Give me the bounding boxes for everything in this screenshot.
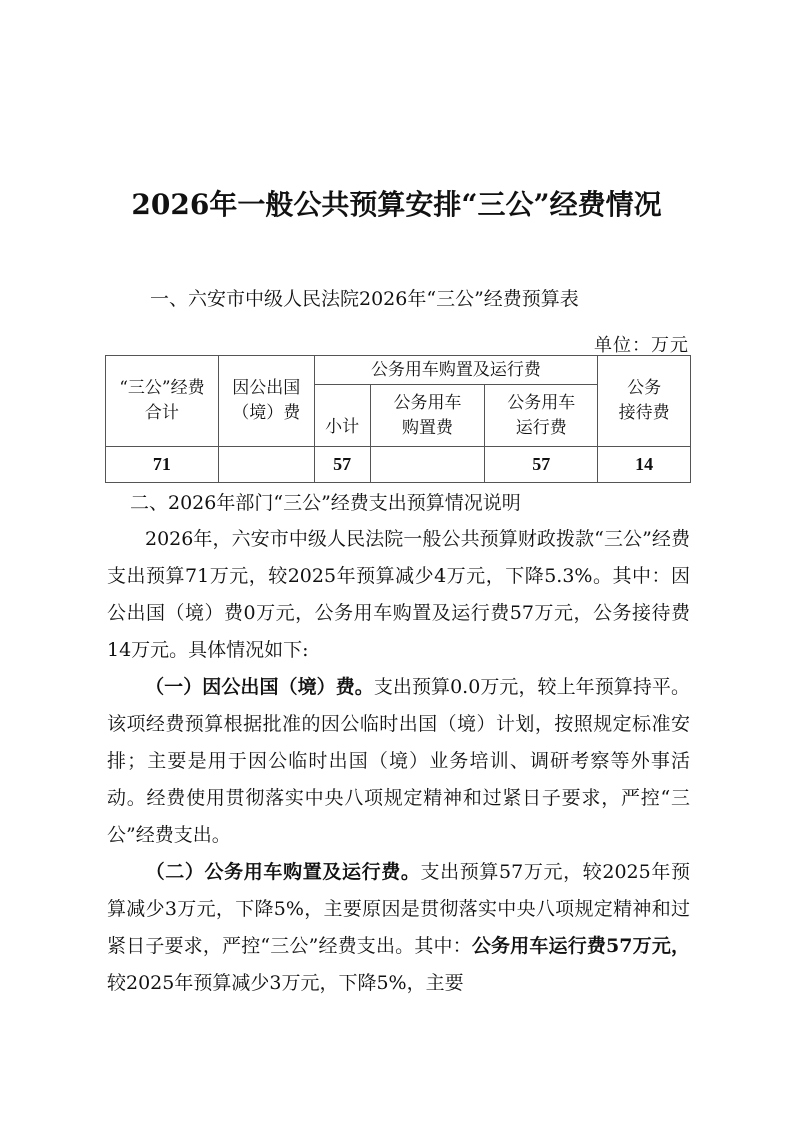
header-abroad-line1: 因公出国 [219, 376, 314, 401]
paragraph-vehicle-operation-bold: 公务用车运行费57万元， [472, 935, 690, 957]
header-purchase-line2: 购置费 [371, 416, 485, 441]
header-subtotal: 小计 [314, 385, 370, 447]
header-purchase: 公务用车 购置费 [370, 385, 485, 447]
header-abroad: 因公出国 （境）费 [218, 356, 314, 447]
section-heading-budget-table: 一、六安市中级人民法院2026年“三公”经费预算表 [150, 284, 579, 311]
cell-purchase [370, 447, 485, 483]
header-reception-line1: 公务 [598, 376, 690, 401]
unit-label: 单位：万元 [594, 331, 689, 357]
section-heading-explanation: 二、2026年部门“三公”经费支出预算情况说明 [130, 488, 521, 515]
cell-operation: 57 [485, 447, 598, 483]
header-total-line2: 合计 [106, 401, 218, 426]
cell-abroad [218, 447, 314, 483]
paragraph-vehicle-heading: （二）公务用车购置及运行费。 [145, 861, 421, 883]
paragraph-summary: 2026年，六安市中级人民法院一般公共预算财政拨款“三公”经费支出预算71万元，… [107, 521, 690, 669]
cell-subtotal: 57 [314, 447, 370, 483]
header-operation-line2: 运行费 [485, 416, 597, 441]
header-vehicle-group: 公务用车购置及运行费 [314, 356, 597, 385]
budget-table: “三公”经费 合计 因公出国 （境）费 公务用车购置及运行费 公务 接待费 小计… [105, 355, 691, 483]
header-total-line1: “三公”经费 [106, 376, 218, 401]
paragraph-summary-text: 2026年，六安市中级人民法院一般公共预算财政拨款“三公”经费支出预算71万元，… [107, 528, 690, 661]
cell-total: 71 [106, 447, 219, 483]
paragraph-abroad: （一）因公出国（境）费。支出预算0.0万元，较上年预算持平。该项经费预算根据批准… [107, 669, 690, 854]
table-row: 71 57 57 14 [106, 447, 691, 483]
page-title: 2026年一般公共预算安排“三公”经费情况 [0, 183, 793, 223]
paragraph-vehicle: （二）公务用车购置及运行费。支出预算57万元，较2025年预算减少3万元，下降5… [107, 854, 690, 1002]
header-operation-line1: 公务用车 [485, 391, 597, 416]
paragraph-abroad-heading: （一）因公出国（境）费。 [145, 676, 374, 698]
cell-reception: 14 [598, 447, 691, 483]
header-reception: 公务 接待费 [598, 356, 691, 447]
header-abroad-line2: （境）费 [219, 401, 314, 426]
paragraph-abroad-text: 支出预算0.0万元，较上年预算持平。该项经费预算根据批准的因公临时出国（境）计划… [107, 676, 690, 846]
header-operation: 公务用车 运行费 [485, 385, 598, 447]
paragraph-vehicle-text-cont: 较2025年预算减少3万元，下降5%，主要 [107, 972, 464, 994]
header-purchase-line1: 公务用车 [371, 391, 485, 416]
header-reception-line2: 接待费 [598, 401, 690, 426]
header-total: “三公”经费 合计 [106, 356, 219, 447]
table-header-row: “三公”经费 合计 因公出国 （境）费 公务用车购置及运行费 公务 接待费 [106, 356, 691, 385]
